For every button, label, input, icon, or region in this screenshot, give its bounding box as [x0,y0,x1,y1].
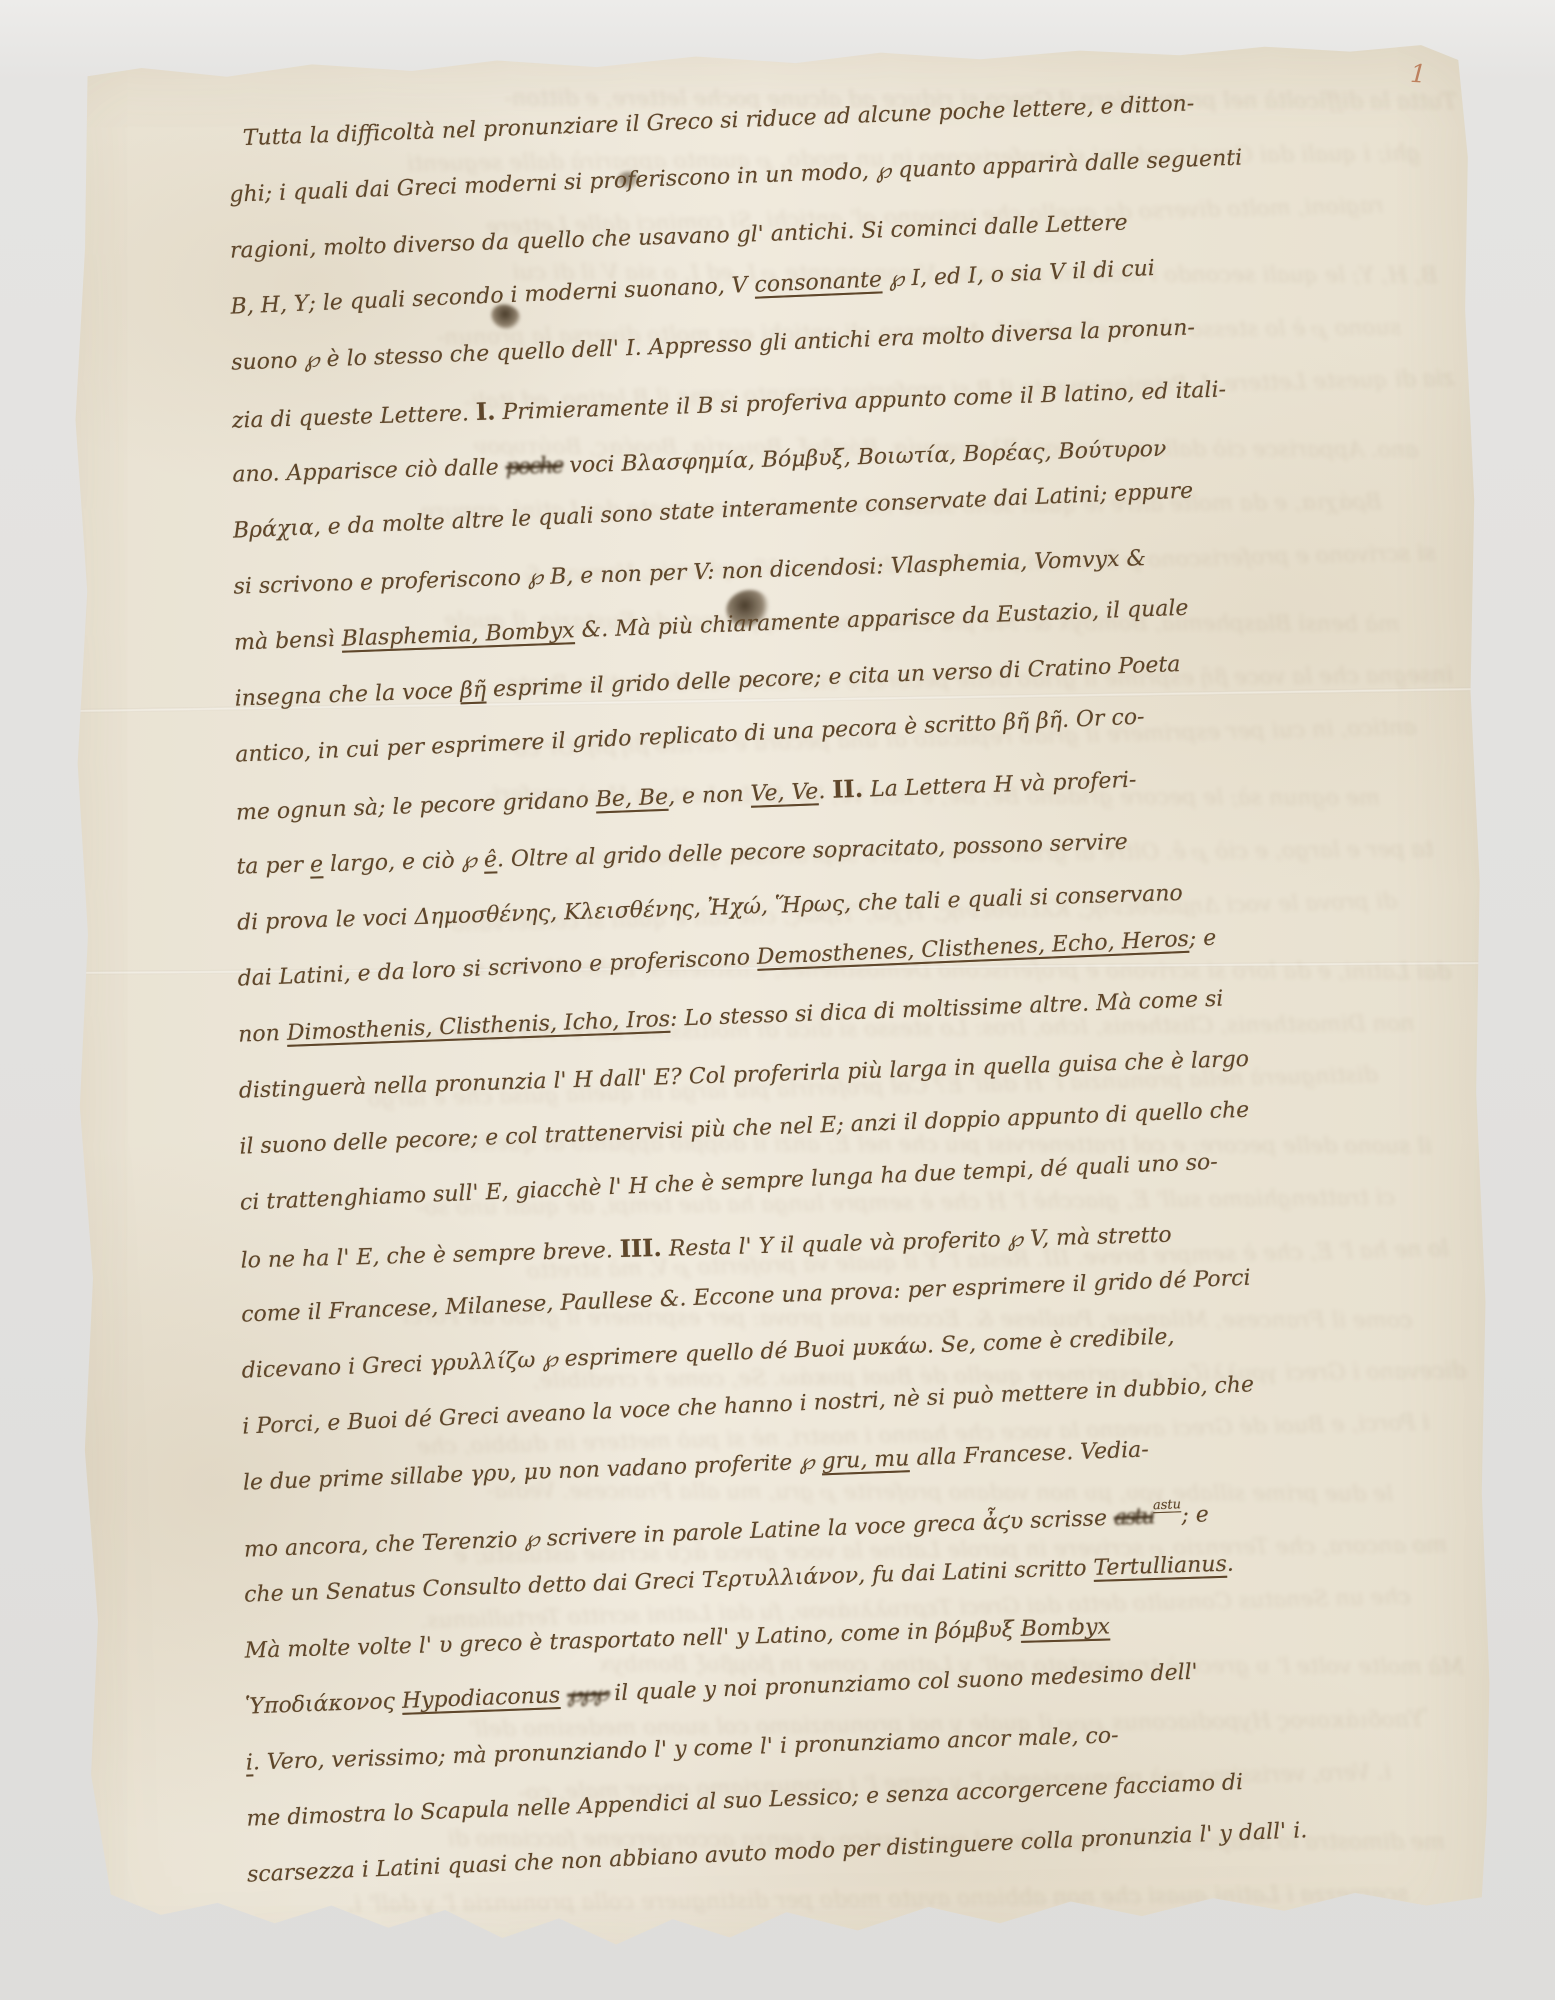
text-segment: non [238,1021,287,1048]
text-segment: ℘ I, ed I, o sia V il di cui [881,256,1155,292]
text-segment: , e non [668,782,751,810]
text-segment: Β, Η, Υ; le quali secondo i moderni suon… [230,273,755,320]
text-segment: ; e [1181,1502,1209,1528]
underlined-word: Ve, Ve [750,779,819,806]
text-segment: : Lo stesso si dica di moltissime altre.… [670,987,1224,1032]
superscript-correction: astu [1153,1497,1182,1513]
text-segment: alla Francese. Vedia- [909,1437,1149,1471]
underlined-word: consonante [754,267,883,297]
text-segment: &. Mà più chiaramente apparisce da Eusta… [574,596,1189,643]
text-segment: insegna che la voce [234,678,460,711]
section-numeral: III. [619,1233,662,1263]
text-segment: La Lettera Η và proferi- [863,768,1137,803]
section-numeral: I. [475,396,495,426]
photo-background: Tutta la difficoltà nel pronunziare il G… [0,0,1555,2000]
manuscript-page: Tutta la difficoltà nel pronunziare il G… [56,43,1498,1966]
section-numeral: II. [832,774,864,804]
text-segment: ; e [1188,926,1216,952]
text-segment: mà bensì [234,627,342,656]
page-number: 1 [1410,59,1428,89]
struck-word: ℘℘℘ [567,1681,608,1707]
text-segment: zia di queste Lettere. [232,401,477,434]
text-segment: dai Latini, e da loro si scrivono e prof… [237,945,757,992]
text-segment: che un Senatus Consulto detto dai Greci … [244,1556,1094,1608]
underlined-word: Bombyx [1020,1614,1110,1641]
text-segment: . Oltre al grido delle pecore sopracitat… [497,830,1128,873]
struck-word: poche [505,453,563,480]
underlined-word: βῆ [460,677,487,703]
text-segment: Primieramente il Β si proferiva appunto … [495,377,1226,425]
text-segment: . [818,779,833,804]
text-segment: me ognun sà; le pecore gridano [236,787,597,825]
text-segment: il quale y noi pronunziamo col suono med… [607,1660,1198,1707]
text-segment: . [1226,1552,1234,1577]
underlined-word: Demosthenes, Clisthenes, Echo, Heros [756,927,1189,970]
text-segment: le due prime sillabe γρυ, μυ non vadano … [243,1449,823,1495]
text-segment: ta per [236,853,310,880]
underlined-word: Tertullianus [1093,1552,1227,1581]
underlined-word: Hypodiaconus [402,1683,561,1714]
underlined-word: Blasphemia, Bombyx [341,618,575,652]
text-segment: ano. Apparisce ciò dalle [232,455,506,488]
underlined-word: e [310,852,324,877]
underlined-word: Be, Be [595,785,668,813]
underlined-word: Dimosthenis, Clisthenis, Icho, Iros [286,1007,670,1046]
underlined-word: ê [484,847,498,872]
struck-word: astu [1114,1504,1154,1530]
text-segment: lo ne ha l' Ε, che è sempre breve. [240,1238,620,1274]
underlined-word: gru, mu [821,1446,910,1474]
text-segment: Ὑποδιάκονος [245,1689,403,1720]
manuscript-text: Tutta la difficoltà nel pronunziare il G… [229,101,1228,1903]
text-segment: largo, e ciò ℘ [323,848,485,877]
